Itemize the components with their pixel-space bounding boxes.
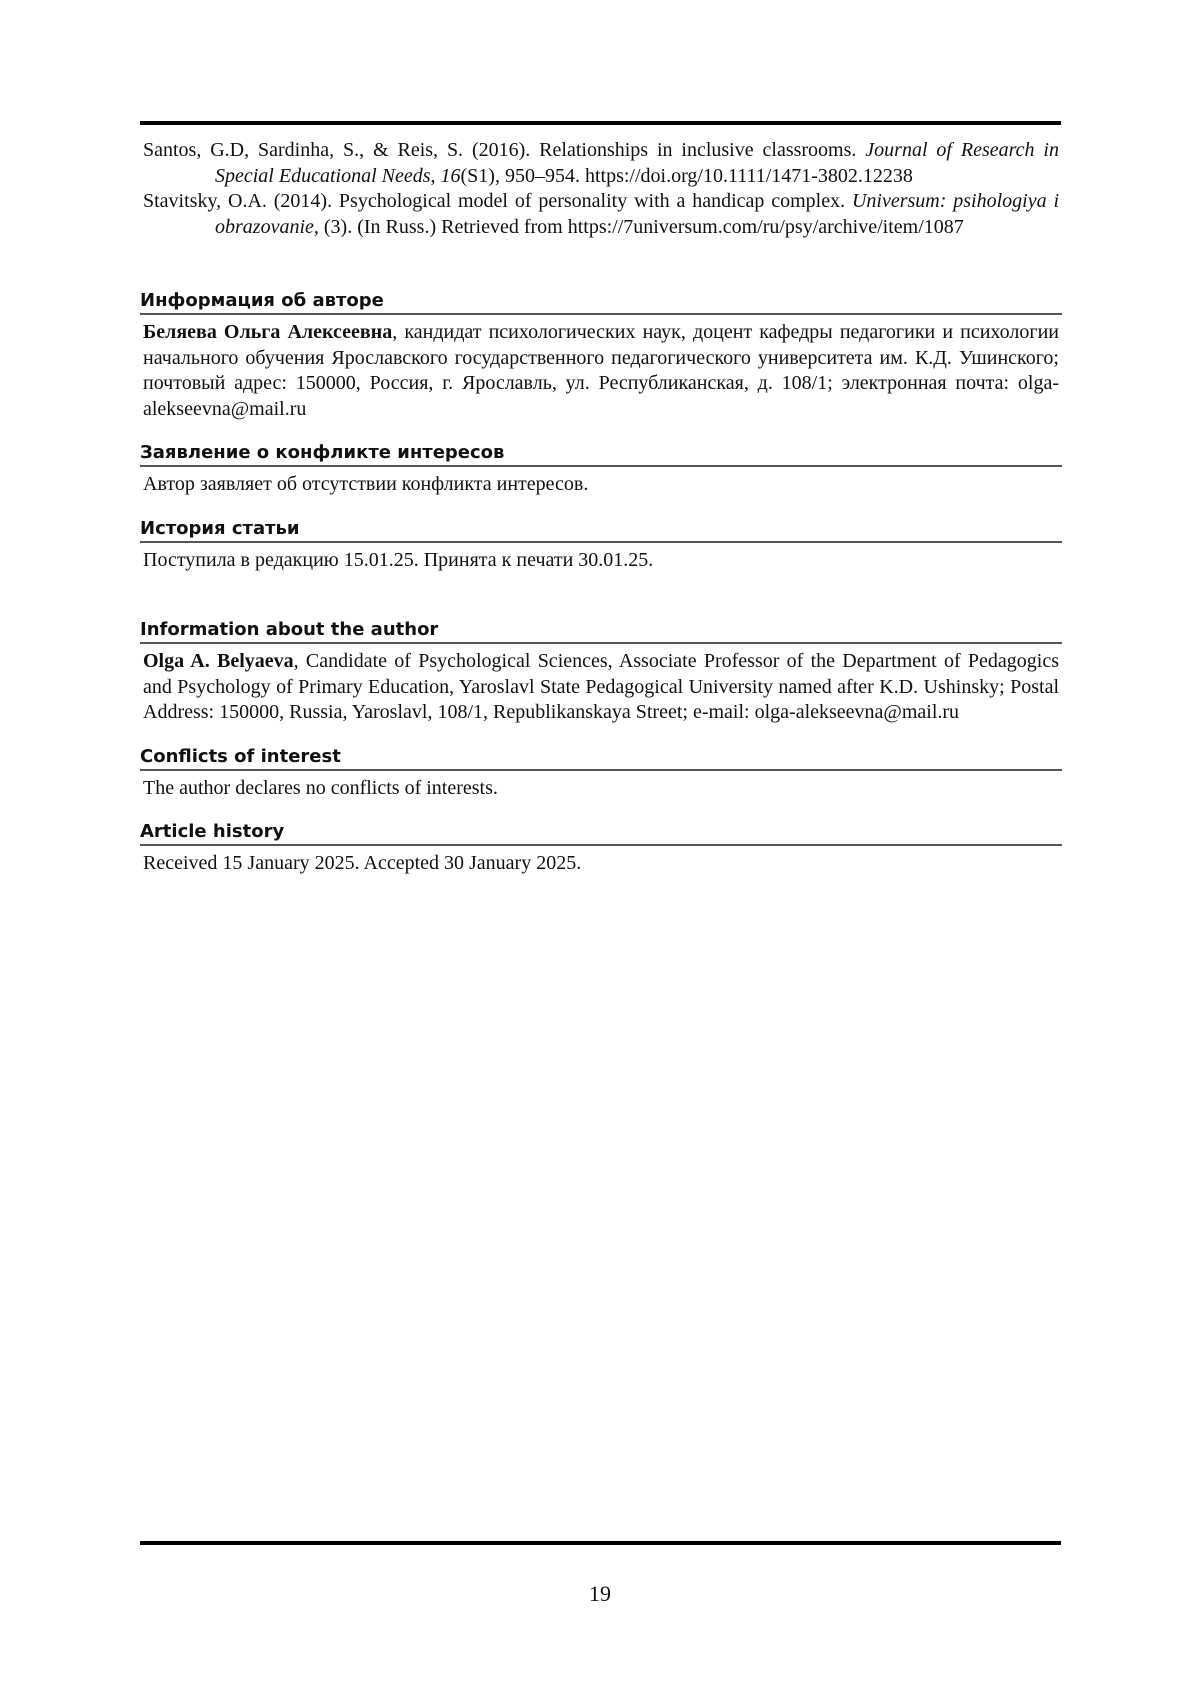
ru-author-heading: Информация об авторе bbox=[140, 290, 1062, 315]
reference-volume: 16 bbox=[441, 165, 461, 187]
bottom-rule bbox=[140, 1541, 1061, 1545]
reference-item: Stavitsky, O.A. (2014). Psychological mo… bbox=[143, 189, 1059, 240]
en-author-heading: Information about the author bbox=[140, 619, 1062, 644]
reference-authors: Stavitsky, O.A. (2014). Psychological mo… bbox=[143, 190, 852, 212]
page-content: Santos, G.D, Sardinha, S., & Reis, S. (2… bbox=[143, 138, 1059, 877]
en-author-info: Olga A. Belyaeva, Candidate of Psycholog… bbox=[143, 649, 1059, 726]
ru-author-name: Беляева Ольга Алексеевна bbox=[143, 321, 392, 343]
reference-separator: , bbox=[431, 165, 441, 187]
ru-history-text: Поступила в редакцию 15.01.25. Принята к… bbox=[143, 548, 1059, 574]
top-rule bbox=[140, 121, 1061, 125]
en-author-name: Olga A. Belyaeva bbox=[143, 650, 294, 672]
ru-conflict-text: Автор заявляет об отсутствии конфликта и… bbox=[143, 472, 1059, 498]
en-conflict-heading: Conflicts of interest bbox=[140, 746, 1062, 771]
reference-rest: (3). (In Russ.) Retrieved from https://7… bbox=[319, 216, 964, 238]
en-history-text: Received 15 January 2025. Accepted 30 Ja… bbox=[143, 851, 1059, 877]
en-conflict-text: The author declares no conflicts of inte… bbox=[143, 776, 1059, 802]
reference-authors: Santos, G.D, Sardinha, S., & Reis, S. (2… bbox=[143, 139, 865, 161]
en-history-heading: Article history bbox=[140, 821, 1062, 846]
reference-rest: (S1), 950–954. https://doi.org/10.1111/1… bbox=[461, 165, 913, 187]
ru-conflict-heading: Заявление о конфликте интересов bbox=[140, 442, 1062, 467]
ru-author-info: Беляева Ольга Алексеевна, кандидат психо… bbox=[143, 320, 1059, 422]
ru-history-heading: История статьи bbox=[140, 518, 1062, 543]
document-page: Santos, G.D, Sardinha, S., & Reis, S. (2… bbox=[0, 0, 1200, 1697]
page-number: 19 bbox=[0, 1581, 1200, 1607]
reference-item: Santos, G.D, Sardinha, S., & Reis, S. (2… bbox=[143, 138, 1059, 189]
